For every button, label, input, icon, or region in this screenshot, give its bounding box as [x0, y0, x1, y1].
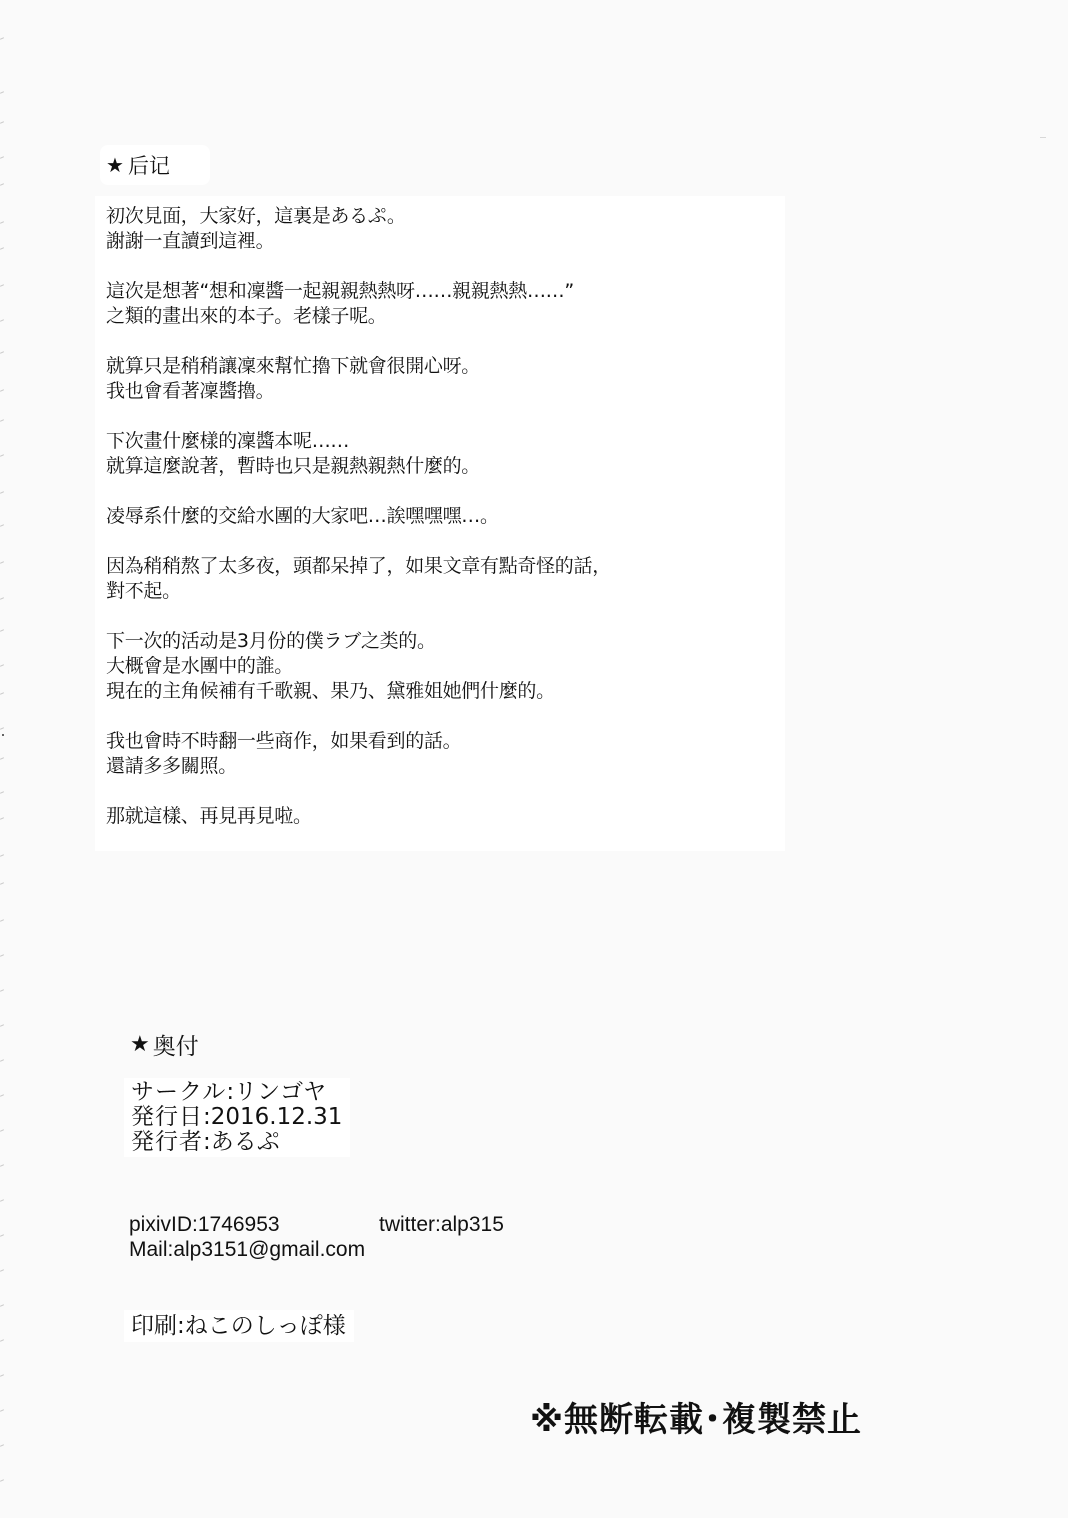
star-icon: ★	[106, 155, 124, 175]
publisher-label: 発行者	[131, 1129, 203, 1155]
afterword-paragraph: 這次是想著“想和凜醬一起親親熱熱呀……親親熱熱……” 之類的畫出來的本子。老樣子…	[106, 279, 785, 329]
text-line: 就算這麼說著，暫時也只是親熱親熱什麼的。	[106, 454, 785, 479]
text-line: 下次畫什麼樣的凜醬本呢……	[106, 429, 785, 454]
binding-marks	[0, 0, 8, 1518]
afterword-paragraph: 下次畫什麼樣的凜醬本呢…… 就算這麼說著，暫時也只是親熱親熱什麼的。	[106, 429, 785, 479]
text-line: 對不起。	[106, 579, 785, 604]
text-line: 這次是想著“想和凜醬一起親親熱熱呀……親親熱熱……”	[106, 279, 785, 304]
afterword-paragraph: 初次見面，大家好，這裏是あるぷ。 謝謝一直讀到這裡。	[106, 204, 785, 254]
separator: :	[226, 1079, 234, 1105]
afterword-paragraph: 那就這樣、再見再見啦。	[106, 804, 785, 829]
text-line: 那就這樣、再見再見啦。	[106, 804, 785, 829]
text-line: 初次見面，大家好，這裏是あるぷ。	[106, 204, 785, 229]
publish-date-value: 2016.12.31	[211, 1104, 343, 1130]
afterword-paragraph: 凌辱系什麼的交給水團的大家吧…誒嘿嘿嘿…。	[106, 504, 785, 529]
publisher-value: あるぷ	[211, 1129, 280, 1155]
afterword-paragraph: 因為稍稍熬了太多夜，頭都呆掉了，如果文章有點奇怪的話， 對不起。	[106, 554, 785, 604]
text-line: 凌辱系什麼的交給水團的大家吧…誒嘿嘿嘿…。	[106, 504, 785, 529]
separator: :	[203, 1104, 211, 1130]
colophon-info: サークル:リンゴヤ 発行日:2016.12.31 発行者:あるぷ	[124, 1078, 350, 1157]
scan-speck	[1040, 137, 1046, 138]
circle-value: リンゴヤ	[234, 1079, 326, 1105]
text-line: 之類的畫出來的本子。老樣子呢。	[106, 304, 785, 329]
mail-address: Mail:alp3151@gmail.com	[129, 1237, 365, 1262]
twitter-handle: twitter:alp315	[379, 1212, 504, 1237]
text-line: 謝謝一直讀到這裡。	[106, 229, 785, 254]
publisher-row: 発行者:あるぷ	[131, 1130, 342, 1155]
afterword-title: 后记	[128, 150, 170, 180]
afterword-paragraph: 就算只是稍稍讓凜來幫忙擼下就會很開心呀。 我也會看著凜醬擼。	[106, 354, 785, 404]
text-line: 我也會看著凜醬擼。	[106, 379, 785, 404]
text-line: 我也會時不時翻一些商作，如果看到的話。	[106, 729, 785, 754]
text-line: 大概會是水團中的誰。	[106, 654, 785, 679]
copyright-notice: ※無断転載･複製禁止	[530, 1392, 862, 1441]
text-line: 因為稍稍熬了太多夜，頭都呆掉了，如果文章有點奇怪的話，	[106, 554, 785, 579]
separator: :	[177, 1313, 185, 1339]
contacts: pixivID:1746953 twitter:alp315 Mail:alp3…	[129, 1212, 365, 1262]
printer-value: ねこのしっぽ様	[185, 1313, 346, 1339]
text-line: 就算只是稍稍讓凜來幫忙擼下就會很開心呀。	[106, 354, 785, 379]
separator: :	[203, 1129, 211, 1155]
afterword-paragraph: 我也會時不時翻一些商作，如果看到的話。 還請多多關照。	[106, 729, 785, 779]
afterword-paragraph: 下一次的活动是3月份的僕ラブ之类的。 大概會是水團中的誰。 現在的主角候補有千歌…	[106, 629, 785, 704]
publish-date-label: 発行日	[131, 1104, 203, 1130]
pixiv-id: pixivID:1746953	[129, 1212, 365, 1237]
afterword-heading: ★ 后记	[100, 145, 210, 185]
colophon-title: 奥付	[153, 1028, 199, 1061]
printer-row: 印刷:ねこのしっぽ様	[124, 1310, 354, 1342]
text-line: 還請多多關照。	[106, 754, 785, 779]
text-line: 現在的主角候補有千歌親、果乃、黛雅姐她們什麼的。	[106, 679, 785, 704]
publish-date-row: 発行日:2016.12.31	[131, 1105, 342, 1130]
star-icon: ★	[130, 1034, 150, 1056]
colophon-heading: ★ 奥付	[130, 1028, 199, 1061]
document-page: ★ 后记 初次見面，大家好，這裏是あるぷ。 謝謝一直讀到這裡。 這次是想著“想和…	[0, 0, 1068, 1518]
text-line: 下一次的活动是3月份的僕ラブ之类的。	[106, 629, 785, 654]
printer-label: 印刷	[131, 1313, 177, 1339]
afterword-body: 初次見面，大家好，這裏是あるぷ。 謝謝一直讀到這裡。 這次是想著“想和凜醬一起親…	[95, 196, 785, 851]
circle-label: サークル	[131, 1079, 226, 1105]
circle-row: サークル:リンゴヤ	[131, 1080, 342, 1105]
